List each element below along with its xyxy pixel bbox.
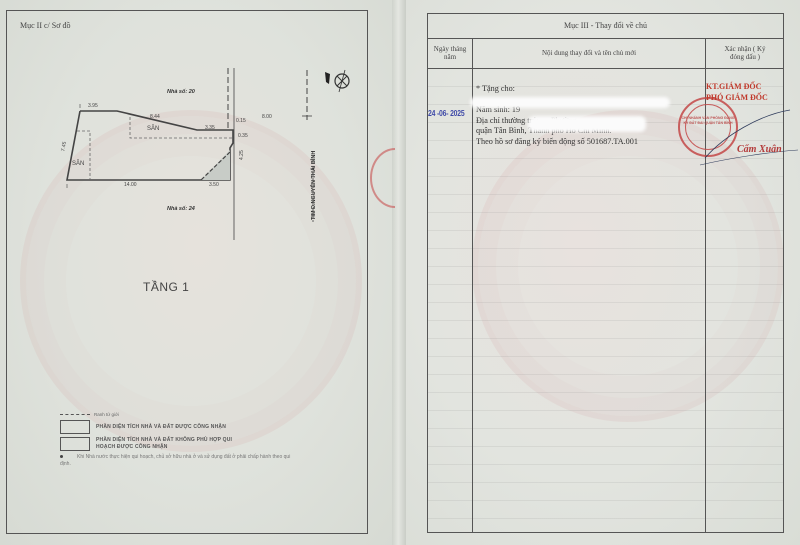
signatory-name: Cẩm Xuân [737,144,782,155]
signature-stroke [0,0,800,545]
